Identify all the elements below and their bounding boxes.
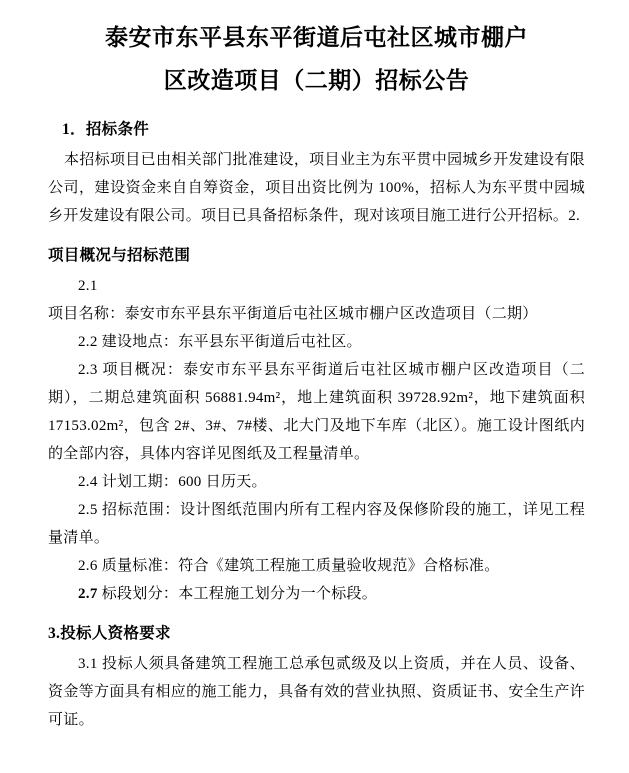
item-number: 2.3 <box>78 362 103 378</box>
sub-item-paragraph: 2.3 项目概况：泰安市东平县东平街道后屯社区城市棚户区改造项目（二期），二期总… <box>48 356 585 468</box>
item-number: 2.6 <box>78 558 102 574</box>
sub-item-paragraph: 2.5 招标范围：设计图纸范围内所有工程内容及保修阶段的施工，详见工程量清单。 <box>48 496 585 552</box>
item-number: 2.4 <box>78 474 102 490</box>
item-number: 2.1 <box>78 278 98 294</box>
document-content: 1．招标条件本招标项目已由相关部门批准建设，项目业主为东平贯中园城乡开发建设有限… <box>48 116 585 734</box>
item-number: 2.7 <box>78 586 102 602</box>
item-number: 2.2 <box>78 334 102 350</box>
sub-item-paragraph: 2.4 计划工期：600 日历天。 <box>48 468 585 496</box>
section-heading: 1．招标条件 <box>48 116 585 144</box>
sub-item-paragraph: 2.2 建设地点：东平县东平街道后屯社区。 <box>48 328 585 356</box>
sub-item-paragraph: 3.1 投标人须具备建筑工程施工总承包贰级及以上资质，并在人员、设备、资金等方面… <box>48 650 585 734</box>
body-paragraph: 本招标项目已由相关部门批准建设，项目业主为东平贯中园城乡开发建设有限公司，建设资… <box>48 146 585 230</box>
sub-item-paragraph: 2.7 标段划分：本工程施工划分为一个标段。 <box>48 580 585 608</box>
sub-item-paragraph: 2.6 质量标准：符合《建筑工程施工质量验收规范》合格标准。 <box>48 552 585 580</box>
item-number: 2.5 <box>78 502 102 518</box>
section-heading: 3.投标人资格要求 <box>48 620 585 648</box>
sub-item-paragraph: 2.1 项目名称：泰安市东平县东平街道后屯社区城市棚户区改造项目（二期） <box>48 272 585 328</box>
document-page: 泰安市东平县东平街道后屯社区城市棚户 区改造项目（二期）招标公告 1．招标条件本… <box>0 0 629 773</box>
item-number: 3.1 <box>78 656 102 672</box>
document-title: 泰安市东平县东平街道后屯社区城市棚户 区改造项目（二期）招标公告 <box>48 16 585 102</box>
section-heading: 项目概况与招标范围 <box>48 242 585 270</box>
document-title-line-2: 区改造项目（二期）招标公告 <box>48 59 585 102</box>
document-title-line-1: 泰安市东平县东平街道后屯社区城市棚户 <box>48 16 585 59</box>
